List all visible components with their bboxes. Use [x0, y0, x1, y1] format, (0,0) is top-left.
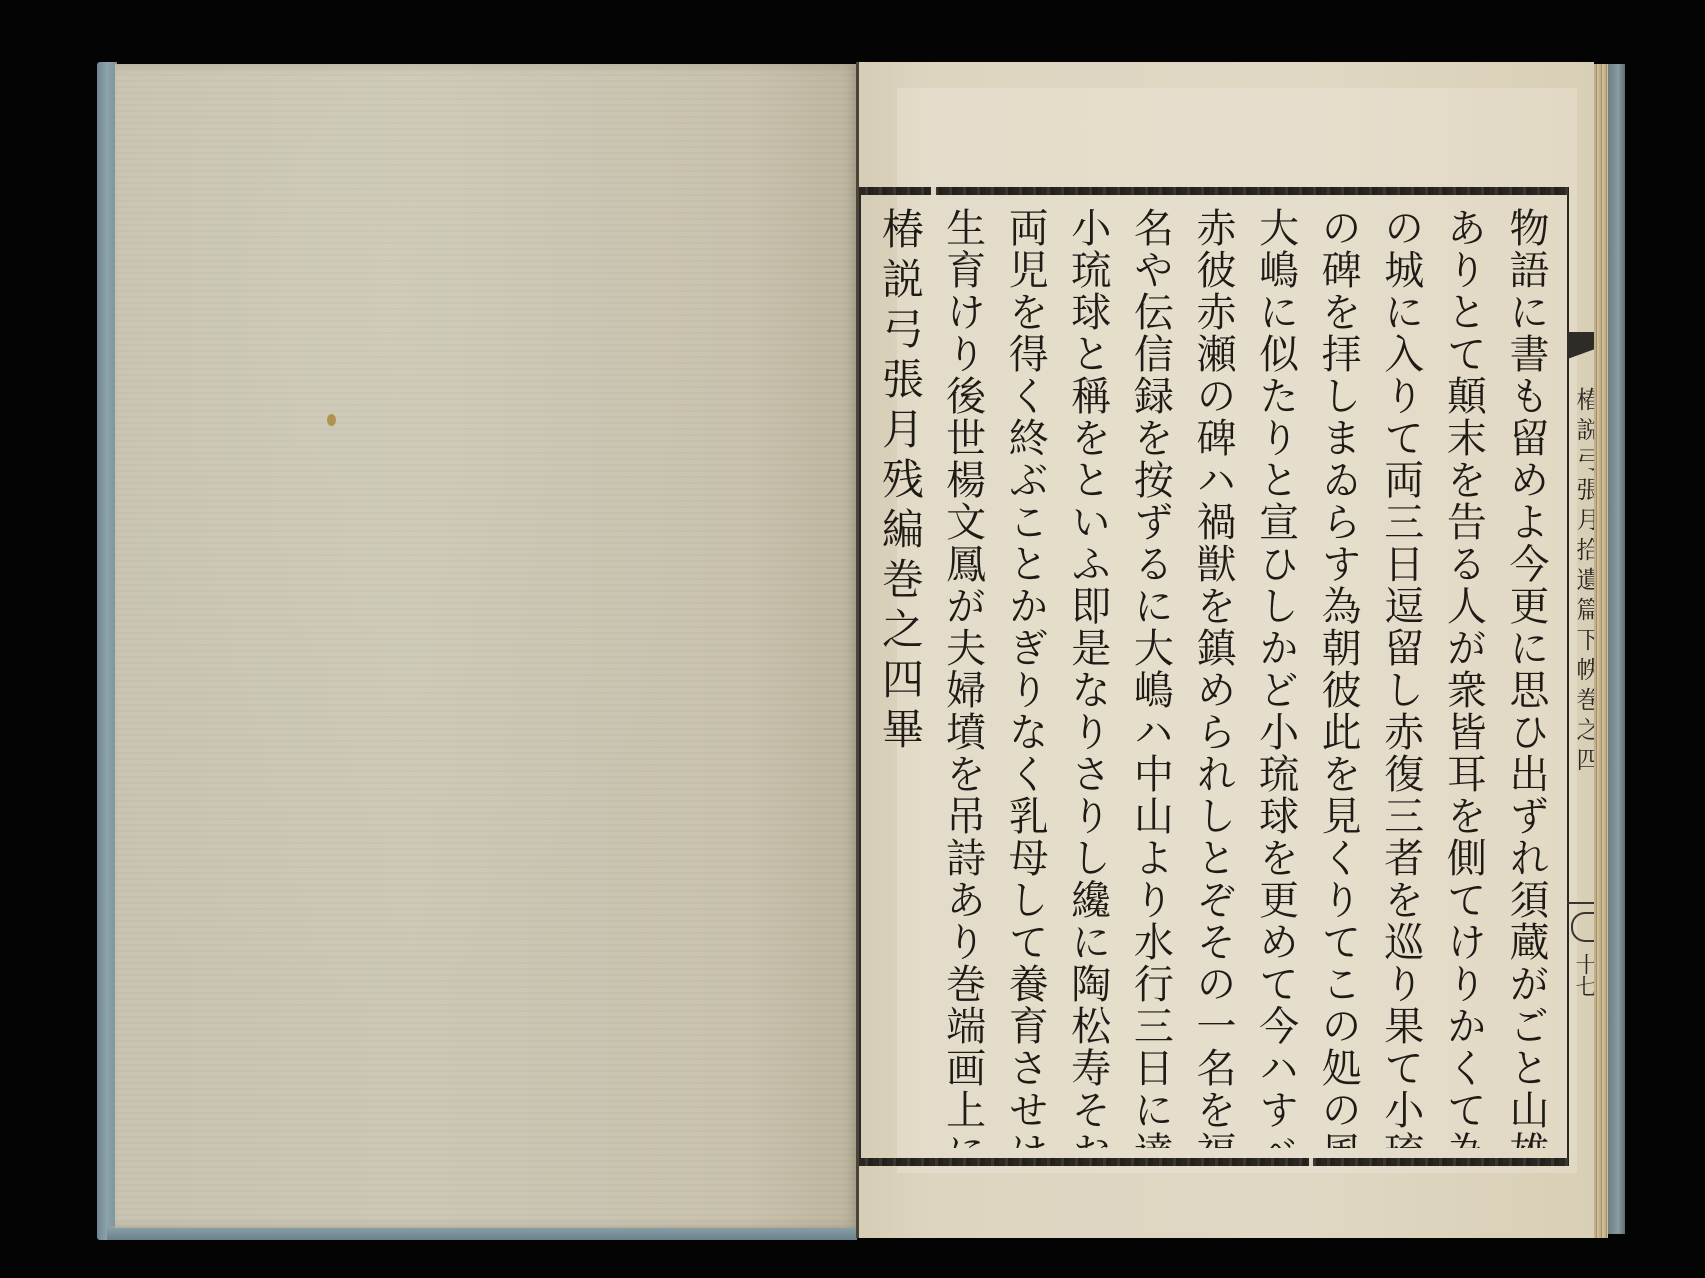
page-fore-edge — [1594, 64, 1608, 1238]
blue-cover-left-edge — [97, 62, 117, 1240]
text-column-5: 大嶋に似たりと宣ひしかど小琉球を更めて今ハすべて大嶋と唱へ — [1245, 207, 1307, 1148]
open-book: 物語に書も留めよ今更に思ひ出ずれ須蔵がごと山雄野風がごと ありとて顛末を告る人が… — [97, 60, 1627, 1242]
text-columns: 物語に書も留めよ今更に思ひ出ずれ須蔵がごと山雄野風がごと ありとて顛末を告る人が… — [869, 207, 1557, 1148]
text-column-4: の碑を拝しまゐらす為朝彼此を見くりてこの処の風景よく伊豆の — [1307, 207, 1369, 1148]
colophon-title-column: 椿説弓張月残編巻之四畢 — [869, 207, 931, 1148]
text-column-3: の城に入りて両三日逗留し赤復三者を巡り果て小琉球に赴て赤瀬 — [1370, 207, 1432, 1148]
rule-gap — [931, 187, 936, 195]
fold-margin-hashira: 椿説弓張月拾遺篇下帙巻之四 十七 — [1567, 247, 1597, 1127]
text-column-9: 両児を得く終ぶことかぎりなく乳母して養育させけるにいと健やかに — [994, 207, 1056, 1148]
text-column-10: 生育けり後世楊文鳳が夫婦墳を吊詩あり巻端画上にのせたり — [932, 207, 994, 1148]
text-column-6: 赤彼赤瀬の碑ハ禍獣を鎮められしとぞその一名を福冢とよぶと — [1182, 207, 1244, 1148]
blue-cover-right-edge — [1608, 64, 1625, 1234]
fold-mark-icon — [1567, 902, 1595, 944]
blue-cover-bottom-edge — [107, 1226, 857, 1240]
text-column-1: 物語に書も留めよ今更に思ひ出ずれ須蔵がごと山雄野風がごと — [1495, 207, 1557, 1148]
stain-spot — [327, 414, 336, 426]
right-page: 物語に書も留めよ今更に思ひ出ずれ須蔵がごと山雄野風がごと ありとて顛末を告る人が… — [859, 62, 1594, 1238]
left-page-blank — [115, 64, 858, 1228]
frame-bottom-rule — [859, 1158, 1569, 1166]
rule-gap — [1309, 1158, 1313, 1166]
text-column-7: 名や伝信録を按ずるに大嶋ハ中山より水行三日に達るとしみづから — [1119, 207, 1181, 1148]
frame-top-rule — [859, 187, 1569, 195]
text-column-8: 小琉球と稱をといふ即是なりさりし纔に陶松寿そおもひもかけざ — [1057, 207, 1119, 1148]
fish-tail-mark-icon — [1567, 332, 1597, 366]
text-frame: 物語に書も留めよ今更に思ひ出ずれ須蔵がごと山雄野風がごと ありとて顛末を告る人が… — [859, 189, 1569, 1164]
text-column-2: ありとて顛末を告る人が衆皆耳を側てけりかくて為朝夫婦ハ越来 — [1432, 207, 1494, 1148]
